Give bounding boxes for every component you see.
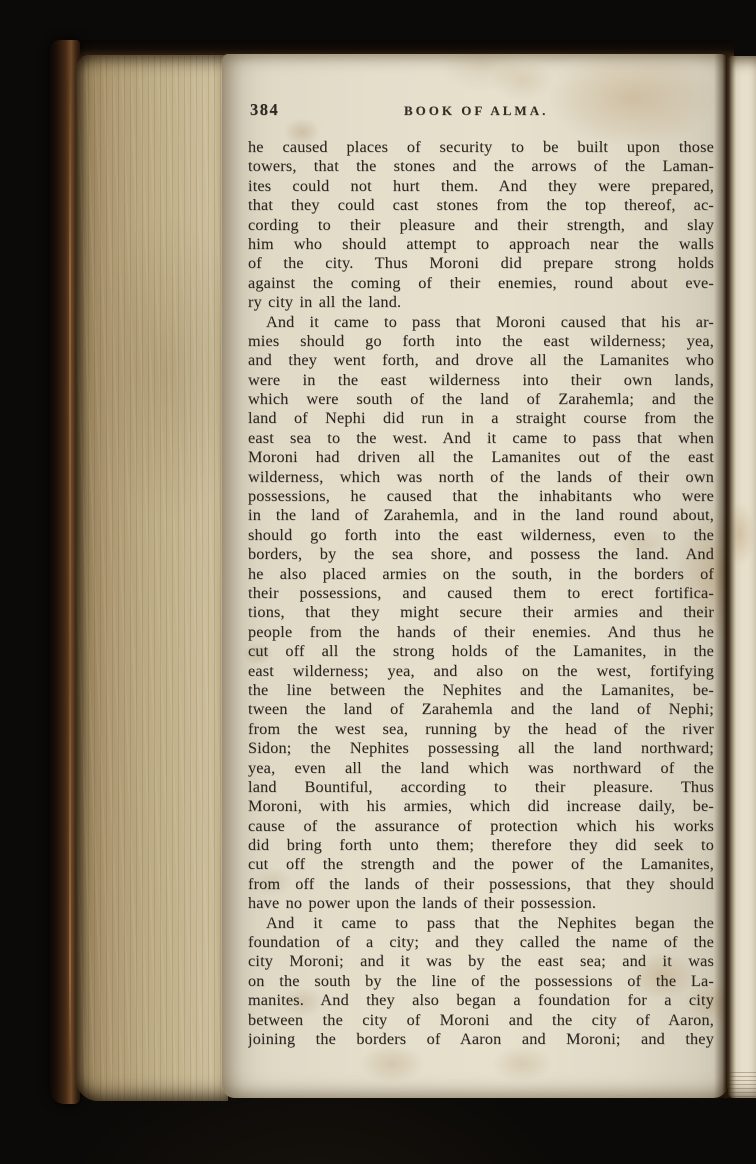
page-text-block: he caused places of security to be built… — [248, 138, 714, 1049]
text-line: ry city in all the land. — [248, 293, 714, 312]
text-line: Sidon; the Nephites possessing all the l… — [248, 739, 714, 758]
text-line: between the city of Moroni and the city … — [248, 1011, 714, 1030]
text-line: in the land of Zarahemla, and in the lan… — [248, 506, 714, 525]
text-line: cut off the strength and the power of th… — [248, 855, 714, 874]
text-line: foundation of a city; and they called th… — [248, 933, 714, 952]
text-line: cause of the assurance of protection whi… — [248, 817, 714, 836]
text-line: cording to their pleasure and their stre… — [248, 216, 714, 235]
page-header: 384 BOOK OF ALMA. — [248, 100, 714, 122]
text-line: joining the borders of Aaron and Moroni;… — [248, 1030, 714, 1049]
text-line: from the west sea, running by the head o… — [248, 720, 714, 739]
page-number: 384 — [250, 100, 279, 120]
text-line: should go forth into the east wilderness… — [248, 526, 714, 545]
text-line: did bring forth unto them; therefore the… — [248, 836, 714, 855]
text-line: ites could not hurt them. And they were … — [248, 177, 714, 196]
text-line: from off the lands of their possessions,… — [248, 875, 714, 894]
book-photo-scene: 384 BOOK OF ALMA. he caused places of se… — [0, 0, 756, 1164]
text-line: he also placed armies on the south, in t… — [248, 565, 714, 584]
text-line: on the south by the line of the possessi… — [248, 972, 714, 991]
text-line: land Bountiful, according to their pleas… — [248, 778, 714, 797]
text-line: east wilderness; yea, and also on the we… — [248, 662, 714, 681]
text-line: the line between the Nephites and the La… — [248, 681, 714, 700]
text-line: manites. And they also began a foundatio… — [248, 991, 714, 1010]
text-line: Moroni had driven all the Lamanites out … — [248, 448, 714, 467]
text-line: of the city. Thus Moroni did prepare str… — [248, 254, 714, 273]
text-line: land of Nephi did run in a straight cour… — [248, 409, 714, 428]
running-title: BOOK OF ALMA. — [404, 102, 548, 120]
page-fore-edge-stack — [76, 55, 228, 1101]
text-line: wilderness, which was north of the lands… — [248, 468, 714, 487]
text-line: borders, by the sea shore, and possess t… — [248, 545, 714, 564]
text-line: Moroni, with his armies, which did incre… — [248, 797, 714, 816]
text-line: their possessions, and caused them to er… — [248, 584, 714, 603]
text-line: yea, even all the land which was northwa… — [248, 759, 714, 778]
text-line: against the coming of their enemies, rou… — [248, 274, 714, 293]
text-line: towers, that the stones and the arrows o… — [248, 157, 714, 176]
text-line: and they went forth, and drove all the L… — [248, 351, 714, 370]
text-line: that they could cast stones from the top… — [248, 196, 714, 215]
text-line: possessions, he caused that the inhabita… — [248, 487, 714, 506]
text-line: people from the hands of their enemies. … — [248, 623, 714, 642]
text-line: And it came to pass that the Nephites be… — [248, 914, 714, 933]
text-line: him who should attempt to approach near … — [248, 235, 714, 254]
text-line: tions, that they might secure their armi… — [248, 603, 714, 622]
book-page: 384 BOOK OF ALMA. he caused places of se… — [222, 54, 730, 1098]
text-line: which were south of the land of Zaraheml… — [248, 390, 714, 409]
text-line: have no power upon the lands of their po… — [248, 894, 714, 913]
text-line: were in the east wilderness into their o… — [248, 371, 714, 390]
text-line: tween the land of Zarahemla and the land… — [248, 700, 714, 719]
text-line: he caused places of security to be built… — [248, 138, 714, 157]
page-gutter-shadow — [714, 54, 736, 1098]
text-line: cut off all the strong holds of the Lama… — [248, 642, 714, 661]
text-line: east sea to the west. And it came to pas… — [248, 429, 714, 448]
text-line: city Moroni; and it was by the east sea;… — [248, 952, 714, 971]
text-line: mies should go forth into the east wilde… — [248, 332, 714, 351]
text-line: And it came to pass that Moroni caused t… — [248, 313, 714, 332]
